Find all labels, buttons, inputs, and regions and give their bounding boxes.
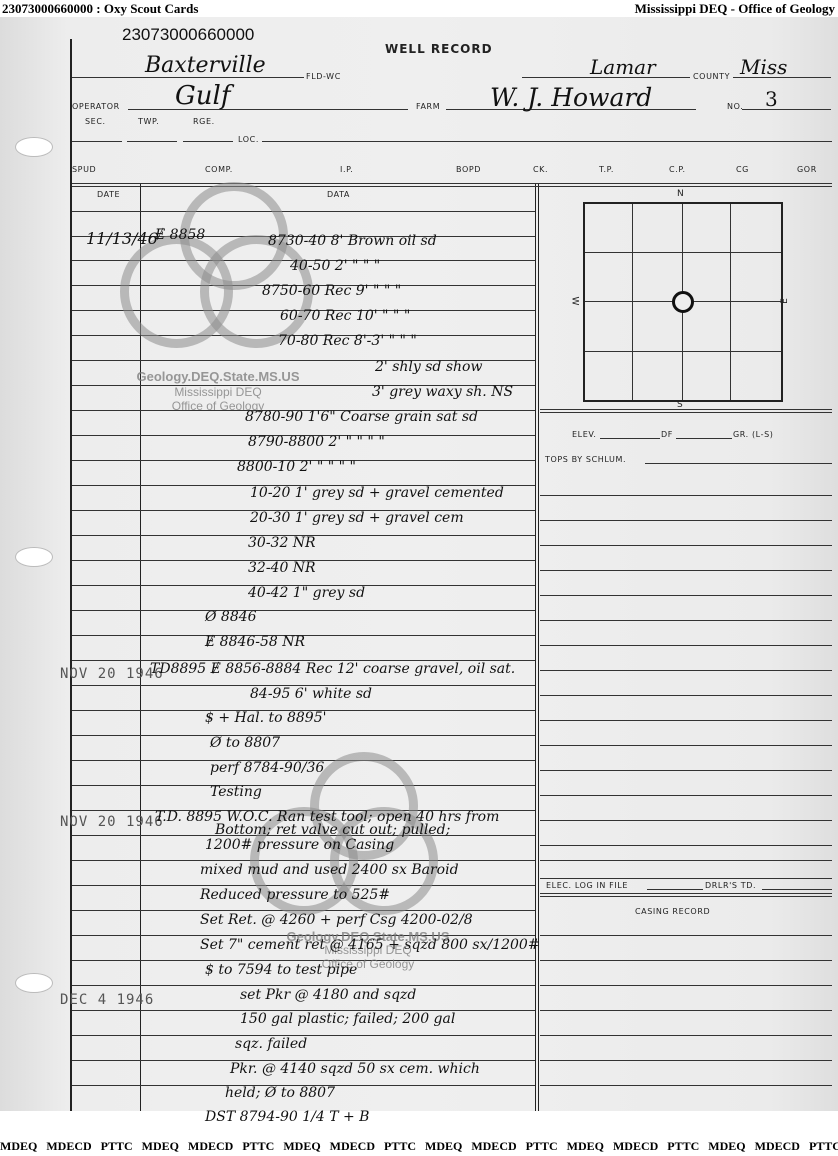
ruled-line <box>540 770 832 771</box>
entry-text: Ɇ 8846-58 NR <box>205 634 305 650</box>
cp-label: C.P. <box>669 165 686 174</box>
bopd-label: BOPD <box>456 165 481 174</box>
ruled-line <box>540 1010 832 1011</box>
well-record-card: 23073000660000 WELL RECORD Baxterville F… <box>0 17 838 1111</box>
compass-west: W <box>569 297 579 306</box>
cg-label: CG <box>736 165 749 174</box>
entry-date: NOV 20 1946 <box>60 666 164 682</box>
field-label: FLD-WC <box>306 72 341 81</box>
entry-text: mixed mud and used 2400 sx Baroid <box>200 862 459 878</box>
entry-text: Bottom; ret valve cut out; pulled; <box>215 822 450 838</box>
operator-label: OPERATOR <box>72 102 120 111</box>
well-location-icon <box>672 291 694 313</box>
punch-hole <box>15 137 53 157</box>
no-label: NO. <box>727 102 743 111</box>
date-column-header: DATE <box>97 190 120 199</box>
ruled-line <box>540 720 832 721</box>
api-number: 23073000660000 <box>122 25 254 45</box>
page-header: 23073000660000 : Oxy Scout Cards Mississ… <box>0 0 838 17</box>
ruled-line <box>540 820 832 821</box>
ruled-line <box>540 745 832 746</box>
entry-text: DST 8794-90 1/4 T + B <box>205 1109 369 1125</box>
entry-date: 11/13/46 <box>86 229 158 248</box>
ruled-line <box>540 495 832 496</box>
ruled-line <box>72 610 535 611</box>
ruled-line <box>72 785 535 786</box>
margin-line <box>70 39 72 1111</box>
entry-text: 20-30 1' grey sd + gravel cem <box>250 510 464 526</box>
entry-text: 60-70 Rec 10' " " " <box>280 308 410 324</box>
ruled-line <box>540 795 832 796</box>
record-title: 23073000660000 : Oxy Scout Cards <box>2 1 198 17</box>
entry-text: 70-80 Rec 8'-3' " " " <box>278 333 417 349</box>
entry-text: 8780-90 1'6" Coarse grain sat sd <box>245 409 478 425</box>
entry-text: Ø 8846 <box>205 609 257 625</box>
county-label: COUNTY <box>693 72 730 81</box>
entry-text: 84-95 6' white sd <box>250 686 372 702</box>
ruled-line <box>540 860 832 861</box>
ruled-line <box>540 520 832 521</box>
state-value: Miss <box>740 55 787 79</box>
elec-log-label: ELEC. LOG IN FILE <box>546 881 628 890</box>
entry-date: DEC 4 1946 <box>60 992 154 1008</box>
data-column-header: DATA <box>327 190 350 199</box>
compass-north: N <box>677 189 684 199</box>
entry-text: 2' shly sd show <box>375 359 482 375</box>
ruled-line <box>540 845 832 846</box>
ruled-line <box>540 1060 832 1061</box>
entry-text: Ɇ 8858 <box>155 227 205 243</box>
entry-text: 1200# pressure on Casing <box>205 837 394 853</box>
entry-text: 40-50 2' " " " <box>290 258 380 274</box>
entry-text: held; Ø to 8807 <box>225 1085 335 1101</box>
ruled-line <box>72 211 535 212</box>
tp-label: T.P. <box>599 165 614 174</box>
entry-text: 40-42 1" grey sd <box>248 585 365 601</box>
entry-text: 3' grey waxy sh. NS <box>372 384 513 400</box>
entry-text: Set 7" cement ret @ 4165 + sqzd 800 sx/1… <box>200 937 540 953</box>
location-plat-grid <box>583 202 783 402</box>
entry-text: 32-40 NR <box>248 560 316 576</box>
ruled-line <box>540 595 832 596</box>
df-label: DF <box>661 430 673 439</box>
ruled-line <box>540 1085 832 1086</box>
ruled-line <box>72 735 535 736</box>
ip-label: I.P. <box>340 165 353 174</box>
entry-text: 8730-40 8' Brown oil sd <box>268 233 437 249</box>
entry-text: 8800-10 2' " " " " <box>237 459 356 475</box>
operator-value: Gulf <box>175 81 230 111</box>
field-value: Baxterville <box>145 53 266 78</box>
entry-text: Ø to 8807 <box>210 735 280 751</box>
gr-label: GR. (L-S) <box>733 430 773 439</box>
ruled-line <box>540 670 832 671</box>
entry-text: perf 8784-90/36 <box>210 760 324 776</box>
spud-label: SPUD <box>72 165 96 174</box>
watermark-url: Geology.DEQ.State.MS.US <box>118 369 318 384</box>
entry-text: $ + Hal. to 8895' <box>205 710 326 726</box>
county-value: Lamar <box>590 55 656 79</box>
entry-text: 8790-8800 2' " " " " <box>248 434 385 450</box>
casing-record-label: CASING RECORD <box>635 907 710 916</box>
footer-banner: MDEQ MDECD PTTC MDEQ MDECD PTTC MDEQ MDE… <box>0 1139 838 1154</box>
ruled-line <box>540 545 832 546</box>
form-title: WELL RECORD <box>385 42 493 56</box>
entry-text: $ to 7594 to test pipe <box>205 962 357 978</box>
entry-text: Set Ret. @ 4260 + perf Csg 4200-02/8 <box>200 912 473 928</box>
column-divider <box>535 184 536 1111</box>
tops-label: TOPS BY SCHLUM. <box>545 455 626 464</box>
entry-text: sqz. failed <box>235 1036 307 1052</box>
well-no-value: 3 <box>765 87 778 111</box>
ruled-line <box>540 620 832 621</box>
entry-text: 30-32 NR <box>248 535 316 551</box>
entry-text: 10-20 1' grey sd + gravel cemented <box>250 485 504 501</box>
entry-text: 150 gal plastic; failed; 200 gal <box>240 1011 455 1027</box>
loc-label: LOC. <box>238 135 259 144</box>
agency-title: Mississippi DEQ - Office of Geology <box>635 1 835 17</box>
entry-text: set Pkr @ 4180 and sqzd <box>240 987 416 1003</box>
gor-label: GOR <box>797 165 817 174</box>
comp-label: COMP. <box>205 165 233 174</box>
entry-date: NOV 20 1946 <box>60 814 164 830</box>
ruled-line <box>72 985 535 986</box>
ruled-line <box>540 960 832 961</box>
ck-label: CK. <box>533 165 548 174</box>
entry-text: Reduced pressure to 525# <box>200 887 390 903</box>
twp-label: TWP. <box>138 117 159 126</box>
punch-hole <box>15 973 53 993</box>
ruled-line <box>540 695 832 696</box>
sec-label: SEC. <box>85 117 106 126</box>
ruled-line <box>540 645 832 646</box>
entry-text: TD8895 Ɇ 8856-8884 Rec 12' coarse gravel… <box>150 661 515 677</box>
ruled-line <box>540 1035 832 1036</box>
punch-hole <box>15 547 53 567</box>
ruled-line <box>540 570 832 571</box>
column-divider <box>538 184 539 1111</box>
farm-label: FARM <box>416 102 440 111</box>
entry-text: Pkr. @ 4140 sqzd 50 sx cem. which <box>230 1061 480 1077</box>
ruled-line <box>540 985 832 986</box>
entry-text: 8750-60 Rec 9' " " " <box>262 283 401 299</box>
elev-label: ELEV. <box>572 430 597 439</box>
entry-text: Testing <box>210 784 262 800</box>
rge-label: RGE. <box>193 117 215 126</box>
ruled-line <box>540 935 832 936</box>
drlr-td-label: DRLR'S TD. <box>705 881 756 890</box>
watermark-agency: Mississippi DEQ <box>118 385 318 399</box>
farm-value: W. J. Howard <box>490 83 652 112</box>
